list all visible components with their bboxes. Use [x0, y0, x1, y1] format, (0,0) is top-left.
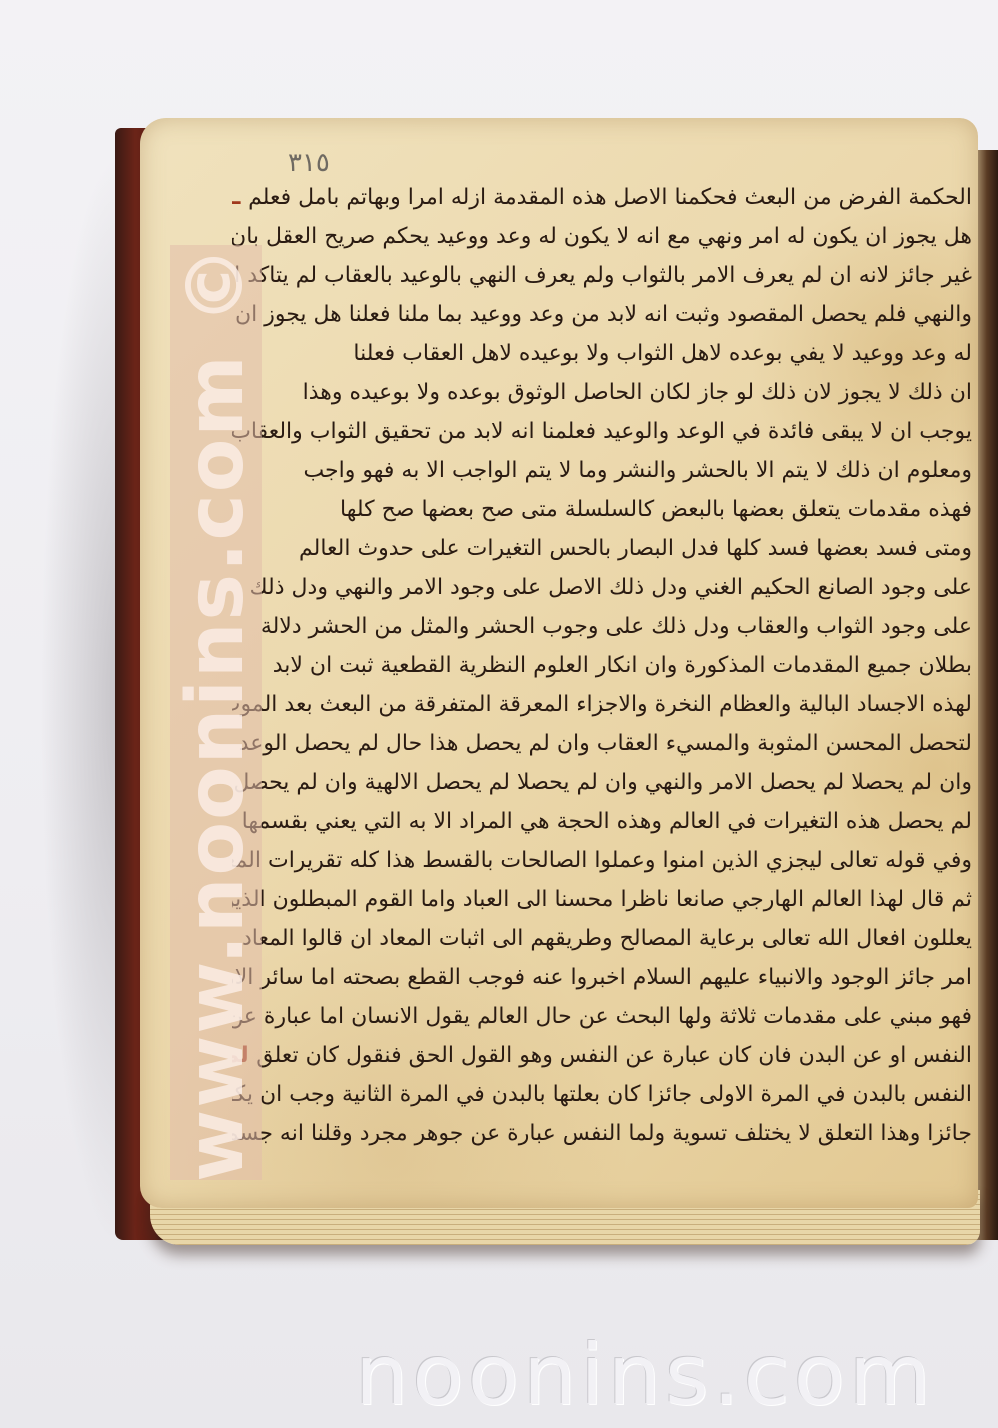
manuscript-line: لتحصل المحسن المثوبة والمسيء العقاب وان … [232, 724, 972, 763]
manuscript-line-text: النفس بالبدن في المرة الاولى جائزا كان ب… [232, 1082, 972, 1107]
manuscript-page: ٣١٥ الحكمة الفرض من البعث فحكمنا الاصل ه… [140, 118, 978, 1208]
manuscript-line-text: النفس او عن البدن فان كان عبارة عن النفس… [256, 1043, 972, 1068]
manuscript-line: فهذه مقدمات يتعلق بعضها بالبعض كالسلسلة … [232, 490, 972, 529]
manuscript-line: لهذه الاجساد البالية والعظام النخرة والا… [232, 685, 972, 724]
manuscript-line: ان ذلك لا يجوز لان ذلك لو جاز لكان الحاص… [232, 373, 972, 412]
manuscript-line: بطلان جميع المقدمات المذكورة وان انكار ا… [232, 646, 972, 685]
manuscript-line: يوجب ان لا يبقى فائدة في الوعد والوعيد ف… [232, 412, 972, 451]
manuscript-line-text: ومعلوم ان ذلك لا يتم الا بالحشر والنشر و… [303, 458, 972, 483]
manuscript-line-text: على وجود الصانع الحكيم الغني ودل ذلك الا… [250, 575, 973, 600]
manuscript-line-text: هل يجوز ان يكون له امر ونهي مع انه لا يك… [232, 224, 972, 249]
manuscript-line: فهو مبني على مقدمات ثلاثة ولها البحث عن … [232, 997, 972, 1036]
manuscript-line-text: فهو مبني على مقدمات ثلاثة ولها البحث عن … [232, 1004, 972, 1029]
manuscript-line: ثم قال لهذا العالم الهارجي صانعا ناظرا م… [232, 880, 972, 919]
vertical-watermark: www.noonins.com © [170, 245, 262, 1180]
manuscript-line: وفي قوله تعالى ليجزي الذين امنوا وعملوا … [232, 841, 972, 880]
manuscript-line-text: له وعد ووعيد لا يفي بوعده لاهل الثواب ول… [353, 341, 972, 366]
manuscript-line: على وجود الثواب والعقاب ودل ذلك على وجوب… [232, 607, 972, 646]
manuscript-line-text: وان لم يحصلا لم يحصل الامر والنهي وان لم… [232, 770, 972, 795]
manuscript-line-text: فهذه مقدمات يتعلق بعضها بالبعض كالسلسلة … [340, 497, 972, 522]
manuscript-line-text: لهذه الاجساد البالية والعظام النخرة والا… [232, 692, 972, 717]
manuscript-line: له وعد ووعيد لا يفي بوعده لاهل الثواب ول… [232, 334, 972, 373]
manuscript-line: الحكمة الفرض من البعث فحكمنا الاصل هذه ا… [232, 178, 972, 217]
page-number: ٣١٥ [288, 148, 330, 178]
manuscript-line: يعللون افعال الله تعالى برعاية المصالح و… [232, 919, 972, 958]
manuscript-line-text: بطلان جميع المقدمات المذكورة وان انكار ا… [273, 653, 972, 678]
manuscript-line-text: ومتى فسد بعضها فسد كلها فدل البصار بالحس… [299, 536, 972, 561]
manuscript-line-text: ان ذلك لا يجوز لان ذلك لو جاز لكان الحاص… [303, 380, 972, 405]
vertical-watermark-text: www.noonins.com © [171, 244, 261, 1182]
manuscript-line-text: يعللون افعال الله تعالى برعاية المصالح و… [242, 926, 972, 951]
manuscript-line-text: الحكمة الفرض من البعث فحكمنا الاصل هذه ا… [248, 185, 972, 210]
bottom-watermark: noonins.com [335, 1330, 955, 1420]
rubric-mark: ــا [232, 185, 248, 210]
manuscript-line-text: غير جائز لانه ان لم يعرف الامر بالثواب و… [232, 263, 972, 288]
manuscript-line: والنهي فلم يحصل المقصود وثبت انه لابد من… [232, 295, 972, 334]
manuscript-line: غير جائز لانه ان لم يعرف الامر بالثواب و… [232, 256, 972, 295]
manuscript-line: لم يحصل هذه التغيرات في العالم وهذه الحج… [232, 802, 972, 841]
manuscript-line-text: وفي قوله تعالى ليجزي الذين امنوا وعملوا … [232, 848, 972, 873]
manuscript-line-text: امر جائز الوجود والانبياء عليهم السلام ا… [232, 965, 972, 990]
manuscript-line: على وجود الصانع الحكيم الغني ودل ذلك الا… [232, 568, 972, 607]
manuscript-line-text: لم يحصل هذه التغيرات في العالم وهذه الحج… [242, 809, 972, 834]
manuscript-line: النفس او عن البدن فان كان عبارة عن النفس… [232, 1036, 972, 1075]
manuscript-line-text: ثم قال لهذا العالم الهارجي صانعا ناظرا م… [232, 887, 972, 912]
manuscript-line: وان لم يحصلا لم يحصل الامر والنهي وان لم… [232, 763, 972, 802]
manuscript-line-text: والنهي فلم يحصل المقصود وثبت انه لابد من… [232, 302, 972, 327]
manuscript-line-text: يوجب ان لا يبقى فائدة في الوعد والوعيد ف… [232, 419, 972, 444]
manuscript-line-text: على وجود الثواب والعقاب ودل ذلك على وجوب… [261, 614, 972, 639]
manuscript-line-text: جائزا وهذا التعلق لا يختلف تسوية ولما ال… [232, 1121, 972, 1146]
manuscript-text: الحكمة الفرض من البعث فحكمنا الاصل هذه ا… [232, 178, 972, 1153]
manuscript-line: ومعلوم ان ذلك لا يتم الا بالحشر والنشر و… [232, 451, 972, 490]
manuscript-line: النفس بالبدن في المرة الاولى جائزا كان ب… [232, 1075, 972, 1114]
manuscript-line: امر جائز الوجود والانبياء عليهم السلام ا… [232, 958, 972, 997]
manuscript-line-text: لتحصل المحسن المثوبة والمسيء العقاب وان … [232, 731, 972, 756]
manuscript-line: هل يجوز ان يكون له امر ونهي مع انه لا يك… [232, 217, 972, 256]
manuscript-line: ومتى فسد بعضها فسد كلها فدل البصار بالحس… [232, 529, 972, 568]
manuscript-line: جائزا وهذا التعلق لا يختلف تسوية ولما ال… [232, 1114, 972, 1153]
